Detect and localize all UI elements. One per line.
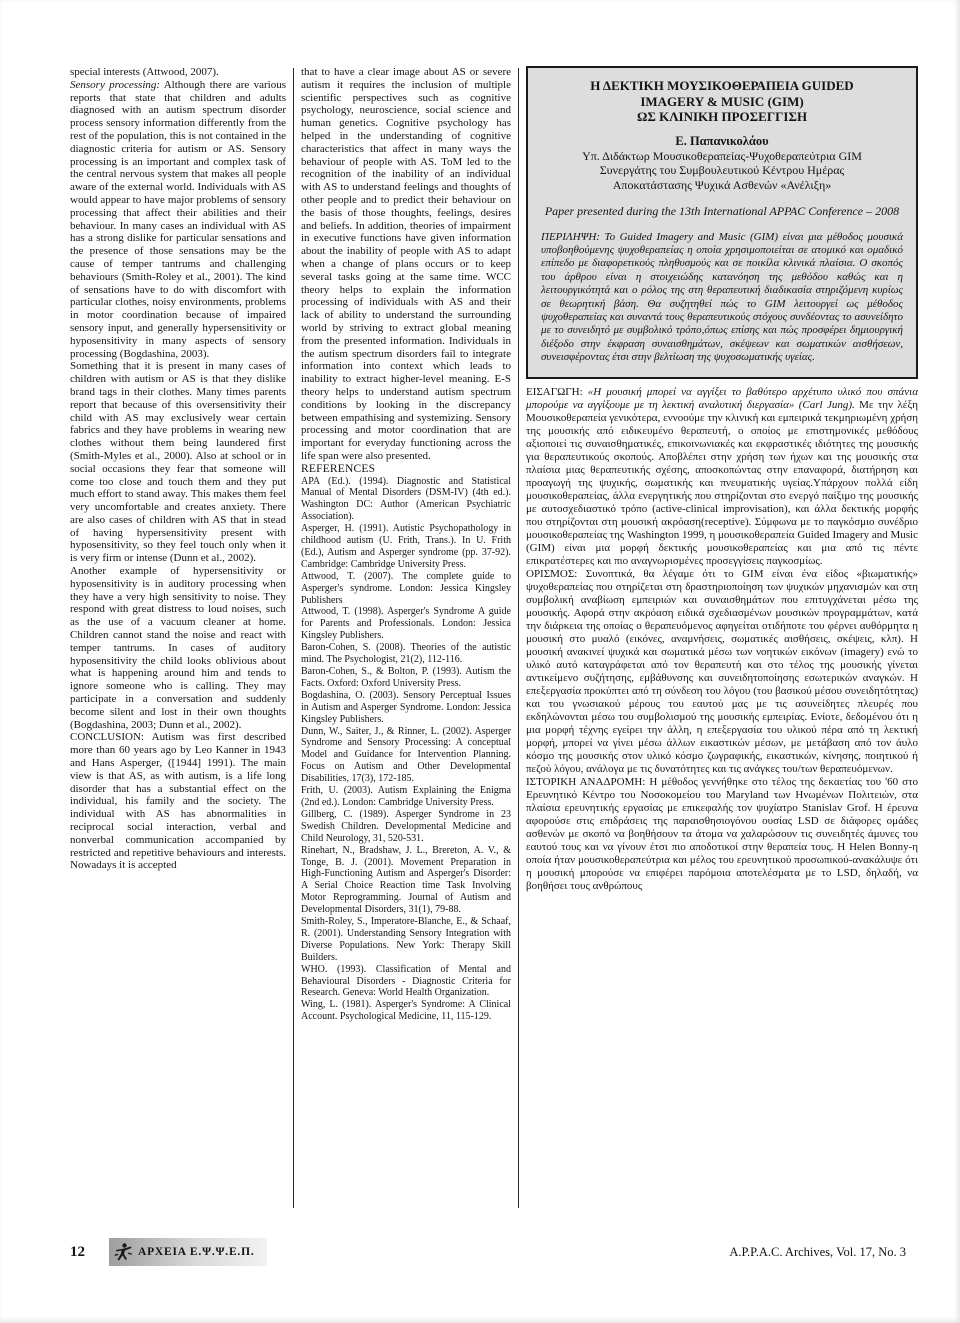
paragraph: that to have a clear image about AS or s… [301, 66, 511, 463]
section-label: ΕΙΣΑΓΩΓΗ: [526, 386, 588, 398]
paragraph: Something that it is present in many cas… [70, 360, 286, 565]
middle-text-column: that to have a clear image about AS or s… [301, 66, 511, 1208]
paragraph: ΟΡΙΣΜΟΣ: Συνοπτικά, θα λέγαμε ότι το GIM… [526, 568, 918, 776]
column-divider-rule [518, 68, 519, 1208]
paragraph-text: Although there are various reports that … [70, 79, 286, 360]
reference-item: Wing, L. (1981). Asperger's Syndrome: A … [301, 999, 511, 1023]
reference-item: Attwood, T. (1998). Asperger's Syndrome … [301, 606, 511, 642]
page-content: special interests (Attwood, 2007). Senso… [70, 66, 918, 1208]
reference-item: Bogdashina, O. (2003). Sensory Perceptua… [301, 690, 511, 726]
article-title-line: ΩΣ ΚΛΙΝΙΚΗ ΠΡΟΣΕΓΓΙΣΗ [541, 109, 903, 125]
greek-article-body: ΕΙΣΑΓΩΓΗ: «Η μουσική μπορεί να αγγίξει τ… [526, 386, 918, 893]
reference-item: Dunn, W., Saiter, J., & Rinner, L. (2002… [301, 726, 511, 786]
paragraph: Sensory processing: Although there are v… [70, 79, 286, 361]
article-author: Ε. Παπανικολάου [541, 134, 903, 149]
paragraph: ΙΣΤΟΡΙΚΗ ΑΝΑΔΡΟΜΗ: Η μέθοδος γεννήθηκε σ… [526, 776, 918, 893]
affiliation-line: Συνεργάτης του Συμβουλευτικού Κέντρου Ημ… [541, 163, 903, 178]
journal-volume-reference: A.P.P.A.C. Archives, Vol. 17, No. 3 [729, 1245, 906, 1260]
paragraph-text: Με την λέξη Μουσικοθεραπεία γενικότερα, … [526, 399, 918, 567]
paragraph: CONCLUSION: Autism was first described m… [70, 731, 286, 872]
left-text-column: special interests (Attwood, 2007). Senso… [70, 66, 286, 1208]
reference-item: Baron-Cohen, S. (2008). Theories of the … [301, 642, 511, 666]
article-header-box: Η ΔΕΚΤΙΚΗ ΜΟΥΣΙΚΟΘΕΡΑΠΕΙΑ GUIDED IMAGERY… [526, 66, 918, 379]
paragraph-lead-italic: Sensory processing: [70, 79, 160, 91]
page-number: 12 [70, 1244, 85, 1261]
journal-logo-text: ΑΡΧΕΙΑ Ε.Ψ.Ψ.Ε.Π. [138, 1246, 255, 1258]
article-title: Η ΔΕΚΤΙΚΗ ΜΟΥΣΙΚΟΘΕΡΑΠΕΙΑ GUIDED IMAGERY… [541, 78, 903, 125]
reference-item: Gillberg, C. (1989). Asperger Syndrome i… [301, 809, 511, 845]
author-affiliation: Υπ. Διδάκτωρ Μουσικοθεραπείας-Ψυχοθεραπε… [541, 149, 903, 193]
journal-page: special interests (Attwood, 2007). Senso… [0, 0, 960, 1323]
reference-item: Attwood, T. (2007). The complete guide t… [301, 571, 511, 607]
paragraph: special interests (Attwood, 2007). [70, 66, 286, 79]
references-heading: REFERENCES [301, 463, 511, 476]
paragraph: Another example of hypersensitivity or h… [70, 565, 286, 731]
paragraph: ΕΙΣΑΓΩΓΗ: «Η μουσική μπορεί να αγγίξει τ… [526, 386, 918, 568]
reference-item: WHO. (1993). Classification of Mental an… [301, 964, 511, 1000]
reference-item: Baron-Cohen, S., & Bolton, P. (1993). Au… [301, 666, 511, 690]
reference-item: Smith-Roley, S., Imperatore-Blanche, E.,… [301, 916, 511, 964]
affiliation-line: Υπ. Διδάκτωρ Μουσικοθεραπείας-Ψυχοθεραπε… [541, 149, 903, 164]
greek-article-column: Η ΔΕΚΤΙΚΗ ΜΟΥΣΙΚΟΘΕΡΑΠΕΙΑ GUIDED IMAGERY… [526, 66, 918, 1208]
reference-item: Frith, U. (2003). Autism Explaining the … [301, 785, 511, 809]
conference-note: Paper presented during the 13th Internat… [541, 204, 903, 219]
appac-dancer-logo-icon [112, 1241, 134, 1263]
article-title-line: IMAGERY & MUSIC (GIM) [541, 94, 903, 110]
reference-item: Rinehart, N., Bradshaw, J. L., Brereton,… [301, 845, 511, 916]
reference-item: APA (Ed.). (1994). Diagnostic and Statis… [301, 476, 511, 524]
reference-item: Asperger, H. (1991). Autistic Psychopath… [301, 523, 511, 571]
page-footer: 12 ΑΡΧΕΙΑ Ε.Ψ.Ψ.Ε.Π. A.P.P.A.C. Archives… [70, 1238, 906, 1266]
affiliation-line: Αποκατάστασης Ψυχικά Ασθενών «Ανέλιξη» [541, 178, 903, 193]
column-divider-rule [293, 68, 294, 1208]
journal-logo: ΑΡΧΕΙΑ Ε.Ψ.Ψ.Ε.Π. [109, 1238, 267, 1266]
article-title-line: Η ΔΕΚΤΙΚΗ ΜΟΥΣΙΚΟΘΕΡΑΠΕΙΑ GUIDED [541, 78, 903, 94]
article-abstract: ΠΕΡΙΛΗΨΗ: Το Guided Imagery and Music (G… [541, 231, 903, 365]
